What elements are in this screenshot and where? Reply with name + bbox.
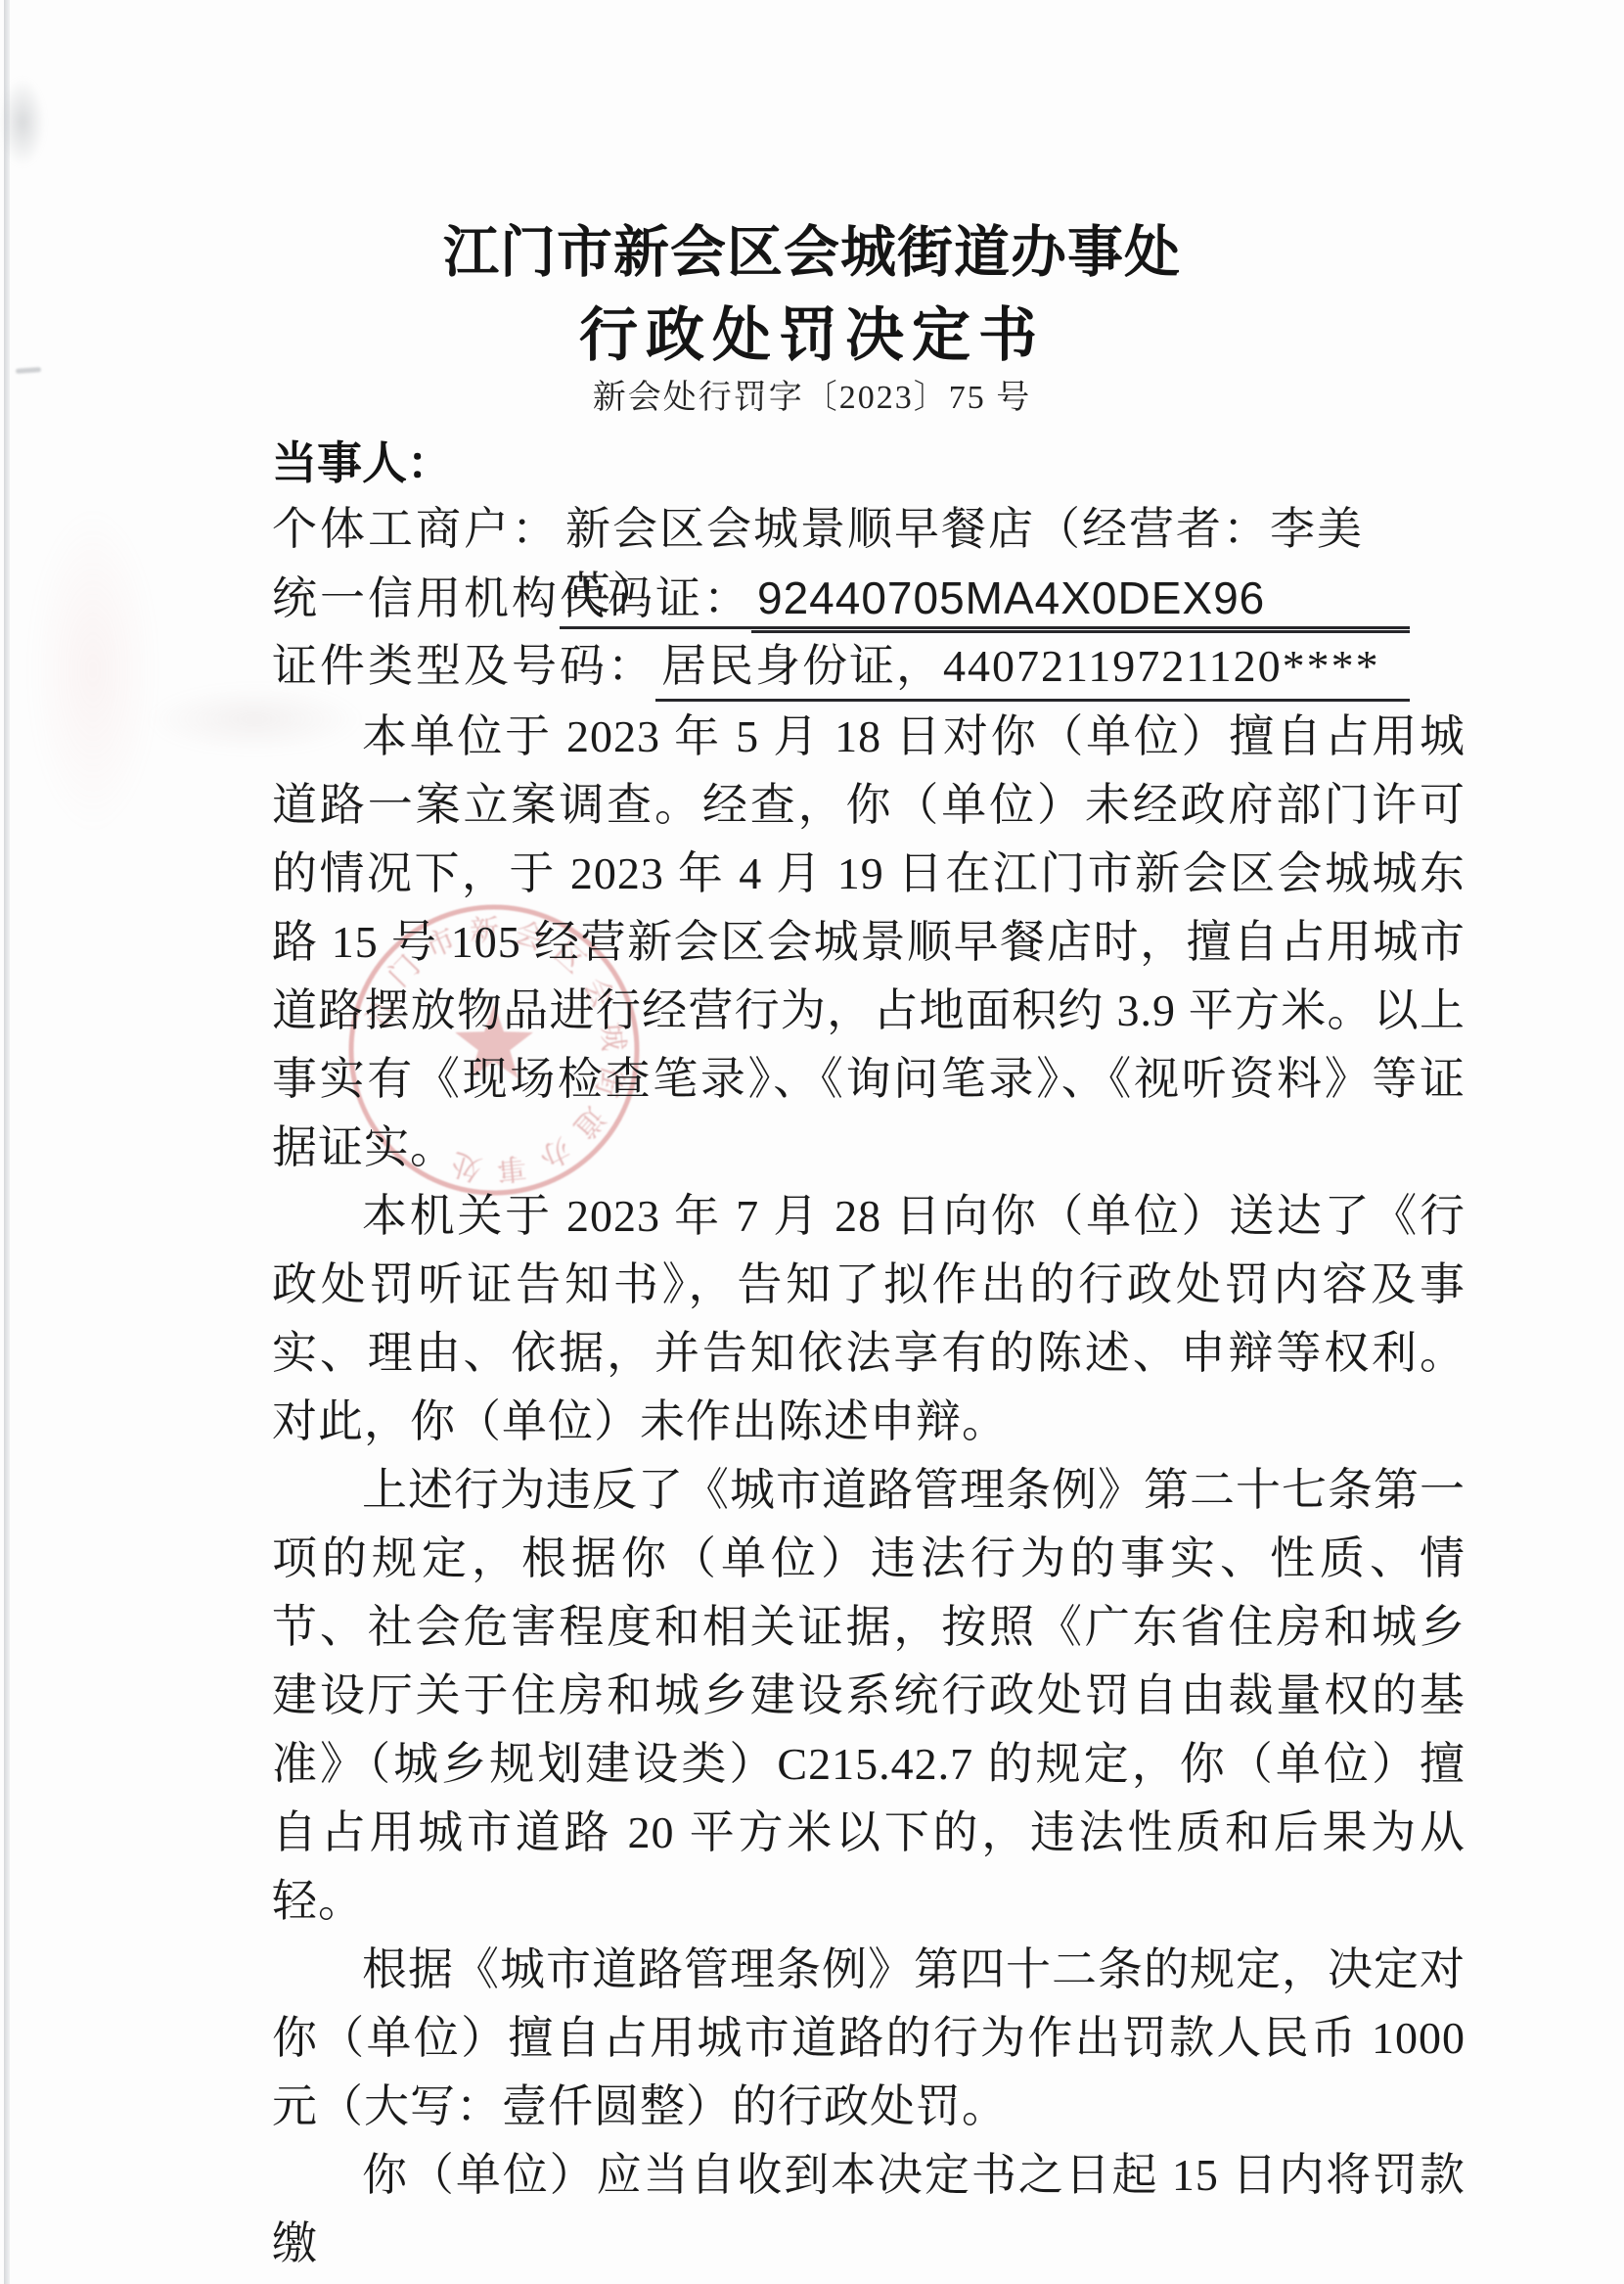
document-type-title: 行政处罚决定书 xyxy=(215,297,1409,375)
paragraph-payment-instruction: 你（单位）应当自收到本决定书之日起 15 日内将罚款缴 xyxy=(272,2141,1466,2278)
scan-pink-smudge xyxy=(29,509,157,832)
document-header: 江门市新会区会城街道办事处 行政处罚决定书 新会处行罚字〔2023〕75 号 xyxy=(215,214,1409,422)
party-field-credit-code: 统一信用机构代码证： 92440705MA4X0DEX96 xyxy=(272,566,1466,634)
scan-dash-artifact xyxy=(16,367,41,374)
party-field-value: 居民身份证，44072119721120**** xyxy=(655,634,1410,702)
party-field-label: 统一信用机构代码证： xyxy=(272,567,751,631)
party-section-heading: 当事人： xyxy=(272,429,1466,497)
party-field-label: 证件类型及号码： xyxy=(272,634,655,699)
party-field-business: 个体工商户： 新会区会城景顺早餐店（经营者：李美英） xyxy=(272,497,1466,566)
paragraph-legal-basis: 上述行为违反了《城市道路管理条例》第二十七条第一项的规定，根据你（单位）违法行为… xyxy=(272,1456,1466,1936)
issuing-authority-title: 江门市新会区会城街道办事处 xyxy=(215,214,1409,293)
paragraph-hearing-notice: 本机关于 2023 年 7 月 28 日向你（单位）送达了《行政处罚听证告知书》… xyxy=(272,1182,1466,1456)
paragraph-case-facts: 本单位于 2023 年 5 月 18 日对你（单位）擅自占用城道路一案立案调查。… xyxy=(272,703,1466,1182)
document-body: 本单位于 2023 年 5 月 18 日对你（单位）擅自占用城道路一案立案调查。… xyxy=(272,703,1466,2278)
scan-edge-shadow xyxy=(4,0,10,2284)
scanned-document-page: 江门市新会区会城街道办事处 江门市新会区会城街道办事处 行政处罚决定书 新会处行… xyxy=(0,0,1624,2284)
document-number: 新会处行罚字〔2023〕75 号 xyxy=(215,375,1409,422)
paragraph-penalty-decision: 根据《城市道路管理条例》第四十二条的规定，决定对你（单位）擅自占用城市道路的行为… xyxy=(272,1936,1466,2141)
scan-corner-smudge xyxy=(0,78,45,166)
party-field-id-number: 证件类型及号码： 居民身份证，44072119721120**** xyxy=(272,634,1466,703)
document-content: 江门市新会区会城街道办事处 行政处罚决定书 新会处行罚字〔2023〕75 号 当… xyxy=(272,0,1466,2278)
party-field-label: 个体工商户： xyxy=(272,497,560,562)
party-field-value: 92440705MA4X0DEX96 xyxy=(751,566,1410,633)
